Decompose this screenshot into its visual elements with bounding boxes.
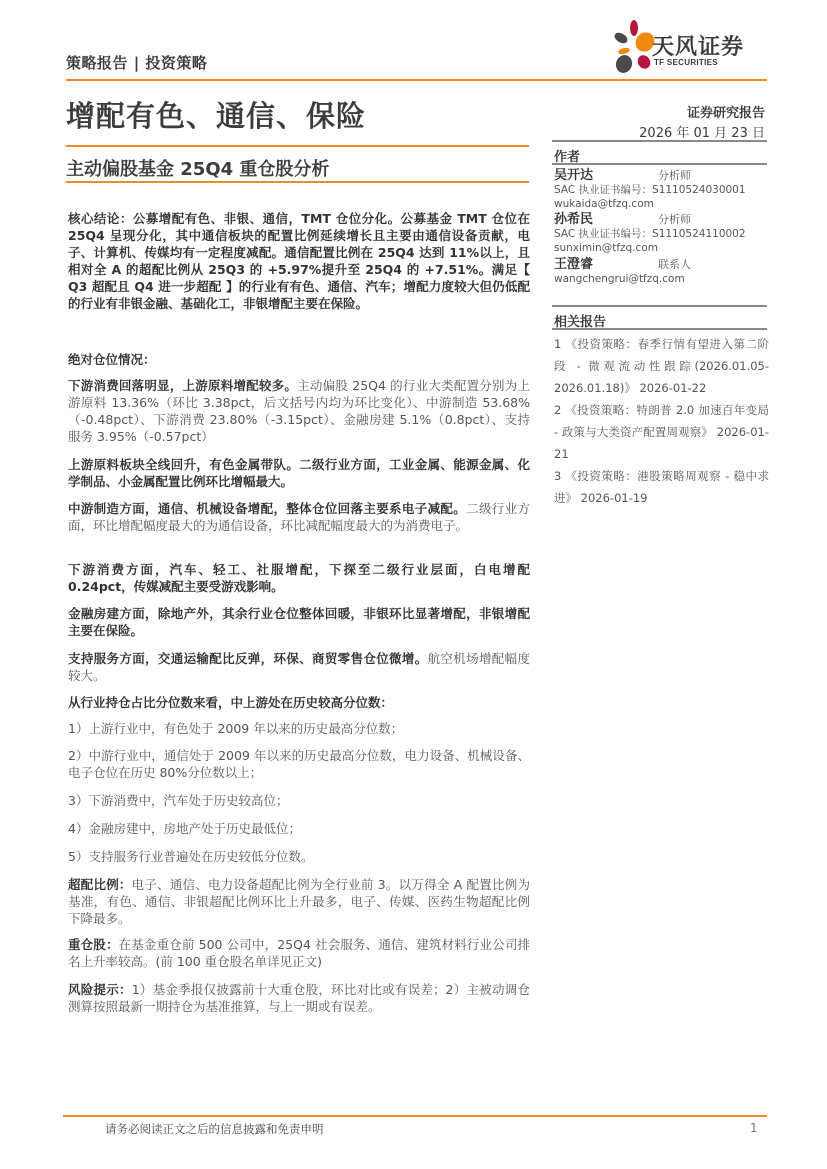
list-item: 4）金融房建中，房地产处于历史最低位；: [68, 820, 530, 837]
related-report-item[interactable]: 1 《投资策略：春季行情有望进入第二阶段 - 微观流动性跟踪(2026.01.0…: [554, 333, 769, 399]
paragraph-midstream: 中游制造方面，通信、机械设备增配，整体仓位回落主要系电子减配。二级行业方面，环比…: [68, 500, 530, 534]
related-reports-list: 1 《投资策略：春季行情有望进入第二阶段 - 微观流动性跟踪(2026.01.0…: [554, 333, 769, 509]
paragraph-downstream: 下游消费回落明显，上游原料增配较多。主动偏股 25Q4 的行业大类配置分别为上游…: [68, 377, 530, 445]
paragraph-consumer: 下游消费方面，汽车、轻工、社服增配，下探至二级行业层面，白电增配 0.24pct…: [68, 561, 530, 595]
paragraph-upstream: 上游原料板块全线回升，有色金属带队。二级行业方面，工业金属、能源金属、化学制品、…: [68, 456, 530, 490]
para-text: 电子、通信、电力设备超配比例为全行业前 3。以万得全 A 配置比例为基准，有色、…: [68, 877, 530, 926]
author-email[interactable]: wukaida@tfzq.com: [554, 197, 769, 211]
percentile-item-5: 5）支持服务行业普遍处在历史较低分位数。: [68, 848, 530, 865]
author-email[interactable]: wangchengrui@tfzq.com: [554, 272, 769, 286]
percentile-item-1: 1）上游行业中，有色处于 2009 年以来的历史最高分位数；: [68, 720, 530, 737]
para-lead: 金融房建方面，除地产外，其余行业仓位整体回暖，非银环比显著增配，非银增配主要在保…: [68, 606, 530, 638]
logo-text-cn: 天风证券: [652, 30, 744, 61]
logo-petals-icon: [612, 18, 656, 76]
core-conclusion-text: 核心结论：公募增配有色、非银、通信，TMT 仓位分化。公募基金 TMT 仓位在 …: [68, 210, 530, 312]
list-item: 5）支持服务行业普遍处在历史较低分位数。: [68, 848, 530, 865]
percentile-item-4: 4）金融房建中，房地产处于历史最低位；: [68, 820, 530, 837]
footer-disclaimer: 请务必阅读正文之后的信息披露和免责申明: [105, 1121, 324, 1137]
para-text: 1）基金季报仅披露前十大重仓股，环比对比或有误差；2）主被动调仓测算按照最新一期…: [68, 982, 530, 1014]
para-lead: 重仓股：: [68, 937, 119, 952]
page-subtitle: 主动偏股基金 25Q4 重仓股分析: [66, 155, 329, 181]
paragraph-services: 支持服务方面，交通运输配比反弹，环保、商贸零售仓位微增。航空机场增配幅度较大。: [68, 650, 530, 684]
logo-text-en: TF SECURITIES: [654, 58, 718, 67]
para-lead: 上游原料板块全线回升，有色金属带队。二级行业方面，工业金属、能源金属、化学制品、…: [68, 457, 530, 489]
abs-position-heading: 绝对仓位情况：: [68, 351, 530, 368]
author-role: 联系人: [658, 258, 691, 271]
para-lead: 中游制造方面，通信、机械设备增配，整体仓位回落主要系电子减配。: [68, 501, 466, 516]
related-bottom-divider: [552, 328, 767, 330]
author-sac: SAC 执业证书编号：S1110524030001: [554, 183, 769, 197]
related-report-item[interactable]: 2 《投资策略：特朗普 2.0 加速百年变局 - 政策与大类资产配置周观察》 2…: [554, 399, 769, 465]
list-item: 1）上游行业中，有色处于 2009 年以来的历史最高分位数；: [68, 720, 530, 737]
author-2: 孙希民分析师 SAC 执业证书编号：S1110524110002 sunximi…: [554, 213, 769, 255]
authors-top-divider: [552, 140, 767, 142]
footer-divider: [63, 1115, 767, 1117]
report-date: 2026 年 01 月 23 日: [639, 122, 765, 141]
core-conclusion: 核心结论：公募增配有色、非银、通信，TMT 仓位分化。公募基金 TMT 仓位在 …: [68, 210, 530, 312]
para-lead: 风险提示：: [68, 982, 132, 997]
section-heading: 绝对仓位情况：: [68, 351, 530, 368]
heavy-holdings: 重仓股：在基金重仓前 500 公司中，25Q4 社会服务、通信、建筑材料行业公司…: [68, 936, 530, 970]
risk-warning: 风险提示：1）基金季报仅披露前十大重仓股，环比对比或有误差；2）主被动调仓测算按…: [68, 981, 530, 1015]
author-3: 王澄睿联系人 wangchengrui@tfzq.com: [554, 258, 769, 286]
author-name: 王澄睿: [554, 258, 658, 272]
subtitle-top-divider: [66, 145, 529, 147]
para-lead: 超配比例：: [68, 877, 132, 892]
para-lead: 支持服务方面，交通运输配比反弹，环保、商贸零售仓位微增。: [68, 651, 428, 666]
para-text: 在基金重仓前 500 公司中，25Q4 社会服务、通信、建筑材料行业公司排名上升…: [68, 937, 530, 969]
author-1: 吴开达分析师 SAC 执业证书编号：S1110524030001 wukaida…: [554, 169, 769, 211]
related-report-item[interactable]: 3 《投资策略：港股策略周观察 - 稳中求进》 2026-01-19: [554, 465, 769, 509]
paragraph-finance: 金融房建方面，除地产外，其余行业仓位整体回暖，非银环比显著增配，非银增配主要在保…: [68, 605, 530, 639]
para-lead: 下游消费回落明显，上游原料增配较多。: [68, 378, 297, 393]
list-item: 3）下游消费中，汽车处于历史较高位；: [68, 792, 530, 809]
author-sac: SAC 执业证书编号：S1110524110002: [554, 227, 769, 241]
subtitle-bottom-divider: [66, 181, 529, 183]
section-heading: 从行业持仓占比分位数来看，中上游处在历史较高分位数：: [68, 694, 530, 711]
header-divider: [66, 79, 767, 81]
percentile-heading: 从行业持仓占比分位数来看，中上游处在历史较高分位数：: [68, 694, 530, 711]
page-number: 1: [750, 1121, 758, 1135]
related-top-divider: [552, 305, 767, 307]
para-lead: 下游消费方面，汽车、轻工、社服增配，下探至二级行业层面，白电增配 0.24pct…: [68, 562, 530, 594]
report-type: 证券研究报告: [687, 102, 765, 121]
page-title: 增配有色、通信、保险: [66, 94, 366, 135]
percentile-item-2: 2）中游行业中，通信处于 2009 年以来的历史最高分位数，电力设备、机械设备、…: [68, 747, 530, 781]
author-email[interactable]: sunximin@tfzq.com: [554, 241, 769, 255]
list-item: 2）中游行业中，通信处于 2009 年以来的历史最高分位数，电力设备、机械设备、…: [68, 747, 530, 781]
overweight-ratio: 超配比例：电子、通信、电力设备超配比例为全行业前 3。以万得全 A 配置比例为基…: [68, 876, 530, 927]
author-name: 吴开达: [554, 169, 658, 183]
percentile-item-3: 3）下游消费中，汽车处于历史较高位；: [68, 792, 530, 809]
authors-bottom-divider: [552, 163, 767, 165]
author-role: 分析师: [658, 213, 691, 226]
author-name: 孙希民: [554, 213, 658, 227]
author-role: 分析师: [658, 169, 691, 182]
tf-securities-logo: 天风证券 TF SECURITIES: [612, 18, 762, 76]
report-category: 策略报告 | 投资策略: [66, 52, 207, 73]
